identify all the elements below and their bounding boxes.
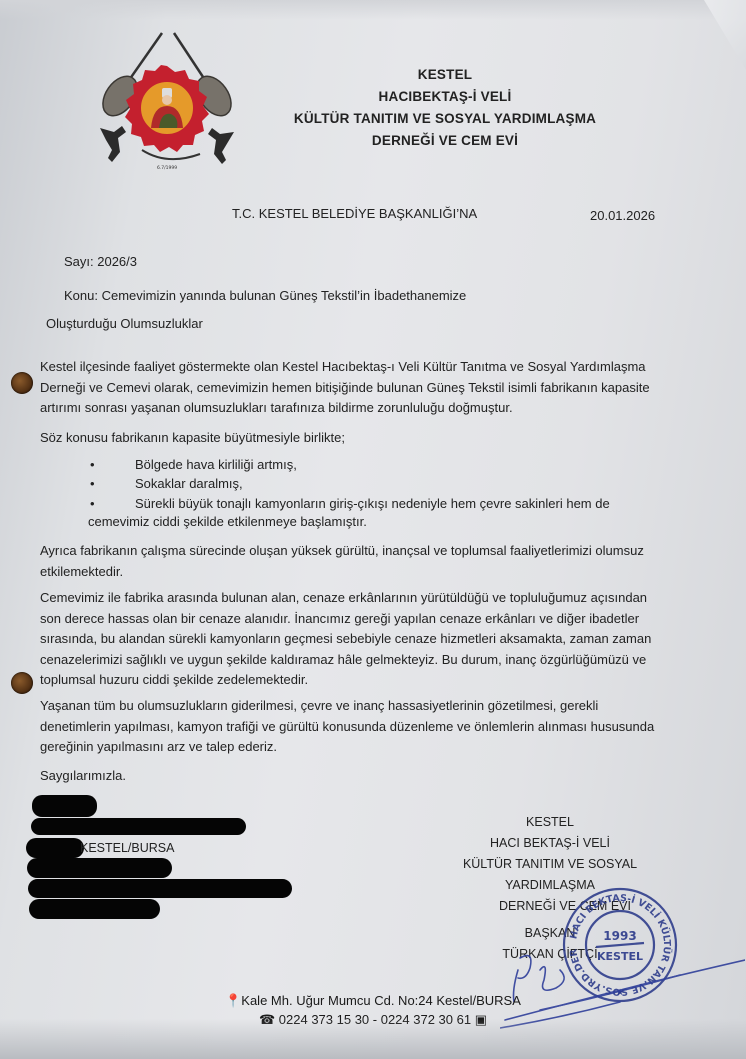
paper-shadow-top <box>0 0 746 20</box>
punch-hole <box>11 372 33 394</box>
sender-city: KESTEL/BURSA <box>80 838 174 858</box>
redaction-bar <box>27 858 172 878</box>
subject-line-2: Oluşturduğu Olumsuzluklar <box>46 314 203 334</box>
redaction-bar <box>28 879 292 898</box>
punch-hole <box>11 672 33 694</box>
location-pin-icon: 📍 <box>225 993 241 1008</box>
redaction-bar <box>29 899 160 919</box>
bullet-item: •Sokaklar daralmış, <box>90 474 243 495</box>
paragraph-1: Kestel ilçesinde faaliyet göstermekte ol… <box>40 357 650 419</box>
recipient: T.C. KESTEL BELEDİYE BAŞKANLIĞI’NA <box>232 204 477 224</box>
svg-text:6.7/1999: 6.7/1999 <box>157 165 177 171</box>
list-intro: Söz konusu fabrikanın kapasite büyütmesi… <box>40 428 345 448</box>
redaction-bar <box>32 795 97 817</box>
letter-number: Sayı: 2026/3 <box>64 252 137 272</box>
letterhead-line: KESTEL <box>270 64 620 86</box>
letterhead-line: KÜLTÜR TANITIM VE SOSYAL YARDIMLAŞMA <box>270 108 620 130</box>
letterhead-line: DERNEĞİ VE CEM EVİ <box>270 130 620 152</box>
paragraph-3: Cemevimiz ile fabrika arasında bulunan a… <box>40 588 651 691</box>
letter-page: 6.7/1999 KESTEL HACIBEKTAŞ-İ VELİ KÜLTÜR… <box>0 0 746 1059</box>
bullet-item: •Bölgede hava kirliliği artmış, <box>90 455 297 476</box>
footer-address: 📍Kale Mh. Uğur Mumcu Cd. No:24 Kestel/BU… <box>0 993 746 1009</box>
letter-date: 20.01.2026 <box>590 206 655 226</box>
association-logo-icon: 6.7/1999 <box>92 28 242 173</box>
redaction-bar <box>26 838 84 858</box>
paragraph-4: Yaşanan tüm bu olumsuzlukların giderilme… <box>40 696 654 758</box>
redaction-bar <box>31 818 246 835</box>
letterhead-title: KESTEL HACIBEKTAŞ-İ VELİ KÜLTÜR TANITIM … <box>270 64 620 152</box>
paragraph-2: Ayrıca fabrikanın çalışma sürecinde oluş… <box>40 541 644 582</box>
bullet-continuation: cemevimiz ciddi şekilde etkilenmeye başl… <box>88 512 367 532</box>
subject-line-1: Konu: Cemevimizin yanında bulunan Güneş … <box>64 286 466 306</box>
letterhead-line: HACIBEKTAŞ-İ VELİ <box>270 86 620 108</box>
paper-shadow-bottom <box>0 1019 746 1059</box>
closing: Saygılarımızla. <box>40 766 126 786</box>
